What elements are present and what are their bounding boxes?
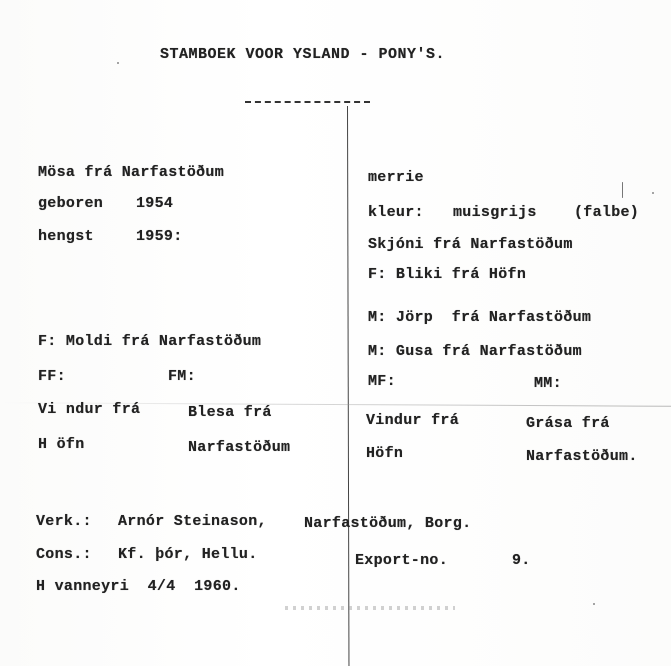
- color-value: muisgrijs: [453, 204, 537, 221]
- mm-label: MM:: [534, 375, 562, 392]
- seller-place: Narfastöðum, Borg.: [304, 515, 471, 532]
- fm-line1: Blesa frá: [188, 404, 272, 421]
- dam-line: M: Gusa frá Narfastöðum: [368, 343, 582, 360]
- mf-label: MF:: [368, 373, 396, 390]
- stallion-dam: M: Jörp frá Narfastöðum: [368, 309, 591, 326]
- stallion-name: Skjóni frá Narfastöðum: [368, 236, 573, 253]
- mf-line1: Vindur frá: [366, 412, 459, 429]
- ink-smudge: [285, 606, 455, 610]
- fm-label: FM:: [168, 368, 196, 385]
- place-date: H vanneyri 4/4 1960.: [36, 578, 241, 595]
- title-underline: [245, 101, 370, 103]
- export-label: Export-no.: [355, 552, 448, 569]
- paper-speck: [117, 62, 119, 64]
- sire-line: F: Moldi frá Narfastöðum: [38, 333, 261, 350]
- seller-value: Arnór Steinason,: [118, 513, 267, 530]
- document-title: STAMBOEK VOOR YSLAND - PONY'S.: [160, 46, 445, 63]
- document-page: STAMBOEK VOOR YSLAND - PONY'S. Mösa frá …: [0, 0, 671, 666]
- paper-speck: [652, 192, 654, 194]
- fold-line-vertical: [347, 106, 349, 666]
- ff-line1: Vi ndur frá: [38, 401, 140, 418]
- fm-line2: Narfastöðum: [188, 439, 290, 456]
- paper-mark: [622, 182, 623, 198]
- stallion-sire: F: Bliki frá Höfn: [368, 266, 526, 283]
- stallion-label: hengst: [38, 228, 94, 245]
- seller-label: Verk.:: [36, 513, 92, 530]
- horse-name: Mösa frá Narfastöðum: [38, 164, 224, 181]
- mm-line1: Grása frá: [526, 415, 610, 432]
- born-year: 1954: [136, 195, 173, 212]
- born-label: geboren: [38, 195, 103, 212]
- paper-speck: [593, 603, 595, 605]
- cons-label: Cons.:: [36, 546, 92, 563]
- ff-label: FF:: [38, 368, 66, 385]
- ff-line2: H öfn: [38, 436, 85, 453]
- horse-sex: merrie: [368, 169, 424, 186]
- stallion-year: 1959:: [136, 228, 183, 245]
- mf-line2: Höfn: [366, 445, 403, 462]
- mm-line2: Narfastöðum.: [526, 448, 638, 465]
- cons-value: Kf. þór, Hellu.: [118, 546, 258, 563]
- color-note: (falbe): [574, 204, 639, 221]
- color-label: kleur:: [368, 204, 424, 221]
- export-value: 9.: [512, 552, 531, 569]
